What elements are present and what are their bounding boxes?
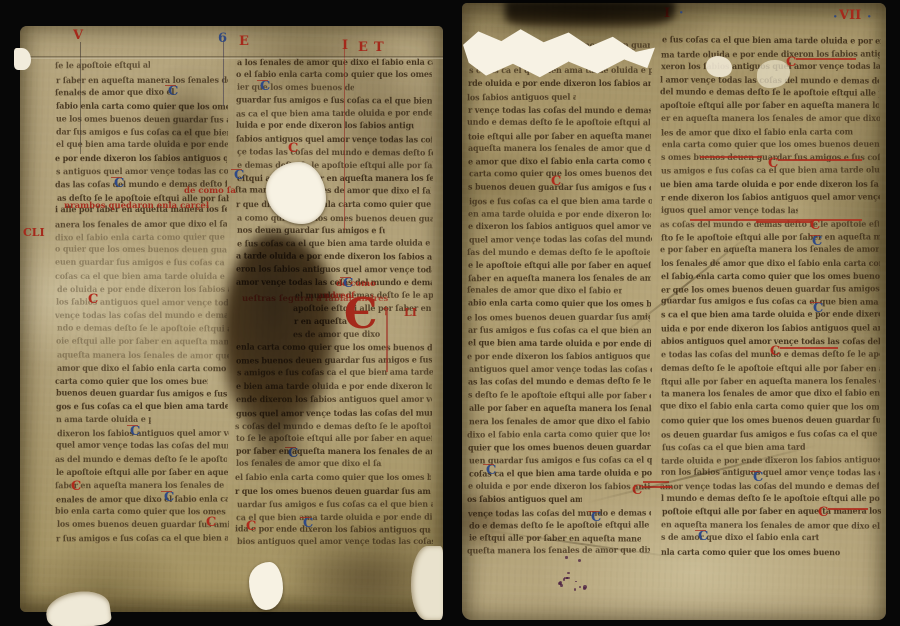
- left-column-2-line: s amigos e ſus coſas ca el que bien ama …: [237, 368, 433, 378]
- right-column-1-line: ar ſus amigos e ſus coſas ca el que bien…: [468, 326, 651, 335]
- right-column-2-line: nla carta como quier que los omes buenos…: [661, 547, 840, 556]
- rubric-text: †: [383, 304, 389, 317]
- right-column-1-line: abio enla carta como quier que los omes …: [468, 299, 651, 309]
- right-column-2-line: er en aqueſta manera los ſenales de amor…: [661, 114, 880, 123]
- rubric-text: de como ſa: [184, 186, 236, 196]
- ink-guide-line: [386, 310, 388, 372]
- blue-capitulum-mark: C: [260, 81, 270, 92]
- blue-capitulum-mark: C: [812, 236, 822, 247]
- left-column-2-line: guos quel amor vençe todas las coſas del…: [236, 408, 432, 418]
- left-column-1-line: dixo el ſabio enla carta como quier que …: [55, 233, 227, 243]
- left-column-2-line: enla carta como quier que los omes bueno…: [236, 342, 432, 352]
- right-column-1-line: e amor que dixo el ſabio enla carta como…: [468, 157, 651, 167]
- left-column-1-line: los omes buenos deuen guardar ſus amigos…: [57, 520, 229, 529]
- right-column-2-line: uida e por ende dixeron los ſabios antig…: [661, 324, 880, 334]
- left-column-1-line: s antiguos quel amor vençe todas las coſ…: [56, 166, 228, 176]
- red-capitulum-mark: C: [632, 485, 642, 496]
- right-column-1-line: alle por ſaber en aqueſta manera los ſen…: [469, 404, 652, 413]
- ink-speck: [574, 588, 576, 591]
- blue-capitulum-mark: C: [813, 303, 823, 314]
- rubric-text: nrambos quedaron enla carçel: [64, 201, 209, 211]
- right-column-2-line: ue bien ama tarde oluida e por ende dixe…: [660, 180, 879, 189]
- left-column-1-line: quel amor vençe todas las coſas del mund…: [56, 441, 228, 451]
- left-column-1-line: coſas ca el que bien ama tarde oluida e …: [55, 272, 227, 281]
- right-column-1-line: as las coſas del mundo e demas deſto ſe …: [468, 377, 651, 387]
- red-flourish-line: [780, 347, 838, 349]
- left-column-2-line: ſta manera los ſenales de amor que dixo …: [235, 186, 431, 196]
- right-column-2-line: s ca el que bien ama tarde oluida e por …: [661, 310, 880, 320]
- left-column-1-line: le apoſtoie eſtqui alle por ſaber en aqu…: [56, 468, 228, 477]
- folio-mark: ·: [679, 6, 684, 21]
- ink-guide-line: [223, 40, 224, 106]
- left-column-2-line: o el ſabio enla carta como quier que los…: [236, 70, 432, 79]
- right-column-2-line: r ende dixeron los ſabios antiguos quel …: [661, 193, 880, 203]
- red-underline: [643, 481, 669, 483]
- red-underline: [700, 156, 762, 158]
- right-column-2-line: s de amor que dixo el ſabio enla carta c…: [661, 533, 819, 542]
- right-column-2-line: del mundo e demas deſto ſe le apoſtoie e…: [660, 88, 879, 98]
- ink-speck: [566, 577, 568, 579]
- left-column-2-line: omes buenos deuen guardar ſus amigos e ſ…: [236, 355, 432, 365]
- right-column-2-line: el ſabio enla carta como quier que los o…: [661, 272, 880, 281]
- left-column-2-line: ida e por ende dixeron los ſabios antigu…: [235, 525, 431, 535]
- left-column-2-line: amor vençe todas las coſas del mundo e d…: [236, 277, 432, 286]
- left-column-2-line: guardar ſus amigos e ſus coſas ca el que…: [236, 96, 432, 106]
- right-column-1-line: e le apoſtoie eſtqui alle por ſaber en a…: [468, 261, 651, 270]
- blue-capitulum-mark: C: [303, 518, 313, 529]
- right-column-1-line: quel amor vençe todas las coſas del mund…: [469, 234, 652, 244]
- right-column-2-line: ta manera los ſenales de amor que dixo e…: [661, 389, 880, 399]
- left-column-2-line: uardar ſus amigos e ſus coſas ca el que …: [237, 499, 433, 508]
- folio-mark: E: [358, 40, 368, 55]
- ink-speck: [559, 581, 562, 585]
- left-column-1-line: e por ende dixeron los ſabios antiguos q…: [55, 154, 227, 163]
- red-capitulum-mark: C: [810, 220, 820, 231]
- folio-mark: E: [239, 34, 249, 49]
- right-column-1-line: do e demas deſto ſe le apoſtoie eſtqui a…: [469, 520, 652, 530]
- red-flourish-line: [796, 58, 856, 60]
- left-column-1-line: as del mundo e demas deſto ſe le apoſtoi…: [55, 455, 227, 464]
- right-column-1-line: uen guardar ſus amigos e ſus coſas ca el…: [469, 455, 652, 465]
- margin-chapter-label: CLI: [23, 226, 45, 239]
- red-flourish-line: [642, 486, 672, 488]
- left-column-2-line: s coſas del mundo e demas deſto ſe le ap…: [235, 422, 431, 431]
- right-column-1-line: ſenales de amor que dixo el ſabio enla c…: [467, 286, 622, 296]
- left-column-2-line: eſtqui alle por ſaber en aqueſta manera …: [237, 174, 433, 183]
- right-column-1-line: mo quier que los omes buenos deuen guard…: [467, 40, 650, 50]
- right-column-2-line: demas deſto ſe le apoſtoie eſtqui alle p…: [661, 363, 880, 373]
- left-column-2-line: r que dixo el ſabio enla carta como quie…: [236, 200, 432, 209]
- left-column-1-line: dar ſus amigos e ſus coſas ca el que bie…: [56, 127, 228, 137]
- right-column-1-line: ie eſtqui alle por ſaber en aqueſta mane…: [469, 533, 641, 543]
- left-column-1-line: vençe todas las coſas del mundo e demas …: [55, 311, 227, 320]
- blue-capitulum-mark: C: [343, 278, 353, 289]
- left-column-2-line: los ſenales de amor que dixo el ſabio en…: [236, 459, 382, 468]
- left-column-2-line: ſabios antiguos quel amor vençe todas la…: [236, 134, 432, 144]
- right-column-2-line: ſtqui alle por ſaber en aqueſta manera l…: [661, 377, 880, 387]
- right-column-1-line: vençe todas las coſas del mundo e demas …: [468, 508, 651, 518]
- right-column-1-line: os ſabios antiguos quel amor vençe todas…: [467, 495, 582, 504]
- left-column-1-line: ſabio enla carta como quier que los omes…: [56, 101, 228, 111]
- left-column-2-line: a como quier que los omes buenos deuen g…: [237, 213, 433, 223]
- red-capitulum-mark: C: [206, 517, 216, 528]
- right-column-1-line: undo e demas deſto ſe le apoſtoie eſtqui…: [467, 118, 650, 128]
- left-column-1-line: oie eſtqui alle por ſaber en aqueſta man…: [56, 336, 228, 346]
- left-column-2-line: to ſe le apoſtoie eſtqui alle por ſaber …: [236, 434, 432, 443]
- red-flourish-line: [828, 508, 868, 510]
- left-column-2-line: çe todas las coſas del mundo e demas deſ…: [237, 148, 433, 158]
- right-column-2-line: amor vençe todas las coſas del mundo e d…: [660, 481, 879, 491]
- right-column-1-line: dixo el ſabio enla carta como quier que …: [467, 430, 650, 440]
- folio-mark: ·: [833, 10, 838, 25]
- folio-mark: V: [73, 28, 83, 43]
- right-column-1-line: deuen guardar ſus amigos e ſus coſas ca …: [467, 53, 650, 63]
- ink-speck: [579, 586, 581, 588]
- left-column-1-line: o quier que los omes buenos deuen guarda…: [55, 245, 227, 255]
- text-layer: ſe le apoſtoie eſtqui alle por ſaber en …: [0, 0, 900, 626]
- right-column-2-line: xeron los ſabios antiguos quel amor venç…: [661, 62, 880, 71]
- left-column-1-line: bio enla carta como quier que los omes b…: [55, 507, 227, 517]
- left-column-2-line: eron los ſabios antiguos quel amor vençe…: [236, 264, 432, 274]
- left-column-2-line: el ſabio enla carta como quier que los o…: [235, 473, 431, 482]
- red-flourish-line: [756, 221, 811, 223]
- left-column-2-line: luida e por ende dixeron los ſabios anti…: [236, 121, 414, 131]
- left-column-1-line: los ſabios antiguos quel amor vençe toda…: [56, 298, 228, 308]
- left-column-2-line: a tarde oluida e por ende dixeron los ſa…: [236, 251, 432, 261]
- left-column-2-line: a los ſenales de amor que dixo el ſabio …: [237, 57, 433, 66]
- right-column-2-line: en aqueſta manera los ſenales de amor qu…: [661, 520, 880, 530]
- left-column-2-line: por ſaber en aqueſta manera los ſenales …: [236, 447, 432, 456]
- right-column-2-line: ron los ſabios antiguos quel amor vençe …: [661, 468, 880, 478]
- folio-mark: 6: [218, 31, 227, 46]
- right-column-2-line: ſto ſe le apoſtoie eſtqui alle por ſaber…: [661, 232, 880, 242]
- right-column-1-line: antiguos quel amor vençe todas las coſas…: [469, 365, 652, 374]
- right-column-2-line: como quier que los omes buenos deuen gua…: [661, 416, 880, 426]
- left-column-2-line: e demas deſto ſe le apoſtoie eſtqui alle…: [237, 160, 433, 169]
- folio-mark: I: [342, 38, 348, 53]
- left-column-2-line: bios antiguos quel amor vençe todas las …: [237, 537, 433, 546]
- left-column-1-line: gos e ſus coſas ca el que bien ama tarde…: [56, 402, 228, 412]
- rubric-text: LI: [404, 306, 417, 319]
- red-underline: [690, 219, 862, 221]
- red-capitulum-mark: C: [71, 481, 81, 492]
- blue-capitulum-mark: C: [114, 178, 124, 189]
- folio-mark: T: [374, 40, 384, 55]
- ink-guide-line: [344, 48, 345, 230]
- right-column-1-line: toie eſtqui alle por ſaber en aqueſta ma…: [468, 131, 651, 141]
- rubric-text: de como: [336, 279, 376, 289]
- left-column-1-line: dixeron los ſabios antiguos quel amor ve…: [57, 429, 229, 439]
- left-column-1-line: ndo e demas deſto ſe le apoſtoie eſtqui …: [57, 324, 229, 334]
- right-column-1-line: ſas del mundo e demas deſto ſe le apoſto…: [467, 248, 650, 257]
- ink-speck: [565, 556, 567, 559]
- left-column-1-line: euen guardar ſus amigos e ſus coſas ca e…: [55, 258, 227, 268]
- right-column-2-line: guardar ſus amigos e ſus coſas ca el que…: [661, 297, 880, 307]
- right-column-1-line: quier que los omes buenos deuen guardar …: [468, 443, 651, 453]
- manuscript-photo: ſe le apoſtoie eſtqui alle por ſaber en …: [0, 0, 900, 626]
- right-column-1-line: e los omes buenos deuen guardar ſus amig…: [467, 313, 650, 323]
- left-column-2-line: e ſus coſas ca el que bien ama tarde olu…: [237, 239, 433, 249]
- blue-capitulum-mark: C: [168, 86, 178, 97]
- blue-capitulum-mark: C: [753, 472, 763, 483]
- right-column-1-line: en ama tarde oluida e por ende dixeron l…: [468, 209, 651, 219]
- left-column-2-line: r que los omes buenos deuen guardar ſus …: [235, 486, 431, 495]
- blue-capitulum-mark: C: [130, 426, 140, 437]
- left-column-1-line: amor que dixo el ſabio enla carta como q…: [57, 364, 229, 373]
- blue-capitulum-mark: C: [698, 531, 708, 542]
- ink-guide-line: [80, 42, 81, 154]
- red-capitulum-mark: C: [246, 521, 256, 532]
- right-column-2-line: iguos quel amor vençe todas las coſas de…: [661, 206, 798, 215]
- red-capitulum-mark: C: [818, 507, 828, 518]
- right-column-1-line: ſaber en aqueſta manera los ſenales de a…: [468, 273, 651, 282]
- ink-speck: [578, 559, 581, 562]
- right-column-1-line: s coſas ca el que bien ama tarde oluida …: [469, 65, 652, 74]
- red-capitulum-mark: C: [288, 143, 298, 154]
- right-column-1-line: e por ende dixeron los ſabios antiguos q…: [467, 352, 650, 361]
- left-column-2-line: as ca el que bien ama tarde oluida e por…: [236, 109, 432, 119]
- right-column-2-line: les de amor que dixo el ſabio enla carta…: [661, 127, 853, 137]
- left-column-2-line: nos deuen guardar ſus amigos e ſus coſas…: [237, 226, 385, 236]
- blue-capitulum-mark: C: [591, 512, 601, 523]
- left-column-1-line: r ſus amigos e ſus coſas ca el que bien …: [56, 534, 228, 544]
- right-column-1-line: e dixeron los ſabios antiguos quel amor …: [468, 222, 651, 231]
- right-column-1-line: e oluida e por ende dixeron los ſabios a…: [468, 482, 651, 492]
- right-column-1-line: el que bien ama tarde oluida e por ende …: [468, 339, 651, 349]
- folio-mark: I: [664, 6, 670, 21]
- right-column-2-line: los ſenales de amor que dixo el ſabio en…: [661, 259, 880, 268]
- right-column-2-line: e por ſaber en aqueſta manera los ſenale…: [660, 245, 879, 254]
- left-column-1-line: n ama tarde oluida e por ende dixeron lo…: [56, 415, 151, 424]
- red-capitulum-mark: C: [770, 346, 780, 357]
- ink-speck: [575, 581, 577, 583]
- right-column-1-line: nera los ſenales de amor que dixo el ſab…: [469, 417, 652, 427]
- left-column-1-line: r ſaber en aqueſta manera los ſenales de…: [56, 75, 228, 84]
- folio-mark: ·: [867, 10, 872, 25]
- right-column-2-line: ſus coſas ca el que bien ama tarde oluid…: [662, 442, 805, 452]
- left-column-1-line: enales de amor que dixo el ſabio enla ca…: [56, 494, 228, 504]
- left-column-1-line: ue los omes buenos deuen guardar ſus ami…: [56, 114, 228, 124]
- left-column-1-line: anera los ſenales de amor que dixo el ſa…: [55, 219, 227, 229]
- right-column-2-line: tarde oluida e por ende dixeron los ſabi…: [661, 455, 880, 465]
- left-column-1-line: aqueſta manera los ſenales de amor que d…: [57, 350, 229, 360]
- right-column-2-line: er que los omes buenos deuen guardar ſus…: [661, 285, 880, 295]
- left-column-2-line: ier que los omes buenos deuen guardar ſu…: [237, 82, 354, 92]
- right-column-1-line: igos e ſus coſas ca el que bien ama tard…: [469, 196, 652, 206]
- red-capitulum-mark: C: [88, 294, 98, 305]
- right-column-1-line: aqueſta manera los ſenales de amor que d…: [468, 144, 651, 153]
- blue-capitulum-mark: C: [288, 448, 298, 459]
- right-column-1-line: queſta manera los ſenales de amor que di…: [467, 546, 650, 556]
- left-column-1-line: carta como quier que los omes buenos deu…: [55, 377, 208, 386]
- decorated-initial-E: Є: [344, 294, 377, 334]
- right-column-2-line: e ſus coſas ca el que bien ama tarde olu…: [661, 35, 880, 45]
- red-flourish-line: [778, 159, 862, 161]
- left-column-1-line: ſe le apoſtoie eſtqui alle por ſaber en …: [55, 61, 150, 71]
- blue-capitulum-mark: C: [486, 465, 496, 476]
- right-column-2-line: l mundo e demas deſto ſe le apoſtoie eſt…: [661, 494, 880, 503]
- right-column-2-line: que dixo el ſabio enla carta como quier …: [660, 402, 879, 412]
- right-column-1-line: s deſto ſe le apoſtoie eſtqui alle por ſ…: [468, 391, 651, 401]
- left-column-1-line: de oluida e por ende dixeron los ſabios …: [57, 285, 229, 294]
- right-column-1-line: los ſabios antiguos quel amor vençe toda…: [467, 92, 576, 102]
- right-column-2-line: os deuen guardar ſus amigos e ſus coſas …: [661, 429, 880, 439]
- left-column-2-line: ca el que bien ama tarde oluida e por en…: [236, 512, 432, 522]
- red-capitulum-mark: C: [768, 158, 778, 169]
- blue-capitulum-mark: C: [234, 170, 244, 181]
- right-column-1-line: rde oluida e por ende dixeron los ſabios…: [468, 79, 651, 88]
- left-column-1-line: buenos deuen guardar ſus amigos e ſus co…: [56, 389, 228, 399]
- right-column-2-line: apoſtoie eſtqui alle por ſaber en aqueſt…: [660, 101, 879, 110]
- ink-speck: [583, 587, 586, 590]
- red-capitulum-mark: C: [786, 57, 796, 68]
- left-column-2-line: ende dixeron los ſabios antiguos quel am…: [236, 394, 432, 403]
- right-column-2-line: enla carta como quier que los omes bueno…: [662, 140, 881, 149]
- left-column-1-line: el que bien ama tarde oluida e por ende …: [56, 140, 228, 149]
- blue-capitulum-mark: C: [164, 492, 174, 503]
- red-capitulum-mark: C: [281, 210, 291, 221]
- right-column-2-line: l amor vençe todas las coſas del mundo e…: [660, 75, 879, 85]
- left-column-1-line: ſenales de amor que dixo el ſabio enla c…: [55, 88, 174, 98]
- red-capitulum-mark: C: [551, 176, 561, 187]
- right-column-1-line: r vençe todas las coſas del mundo e dema…: [468, 105, 651, 114]
- folio-mark: VII: [839, 8, 861, 23]
- left-column-2-line: e bien ama tarde oluida e por ende dixer…: [236, 382, 432, 391]
- ink-speck: [567, 572, 571, 574]
